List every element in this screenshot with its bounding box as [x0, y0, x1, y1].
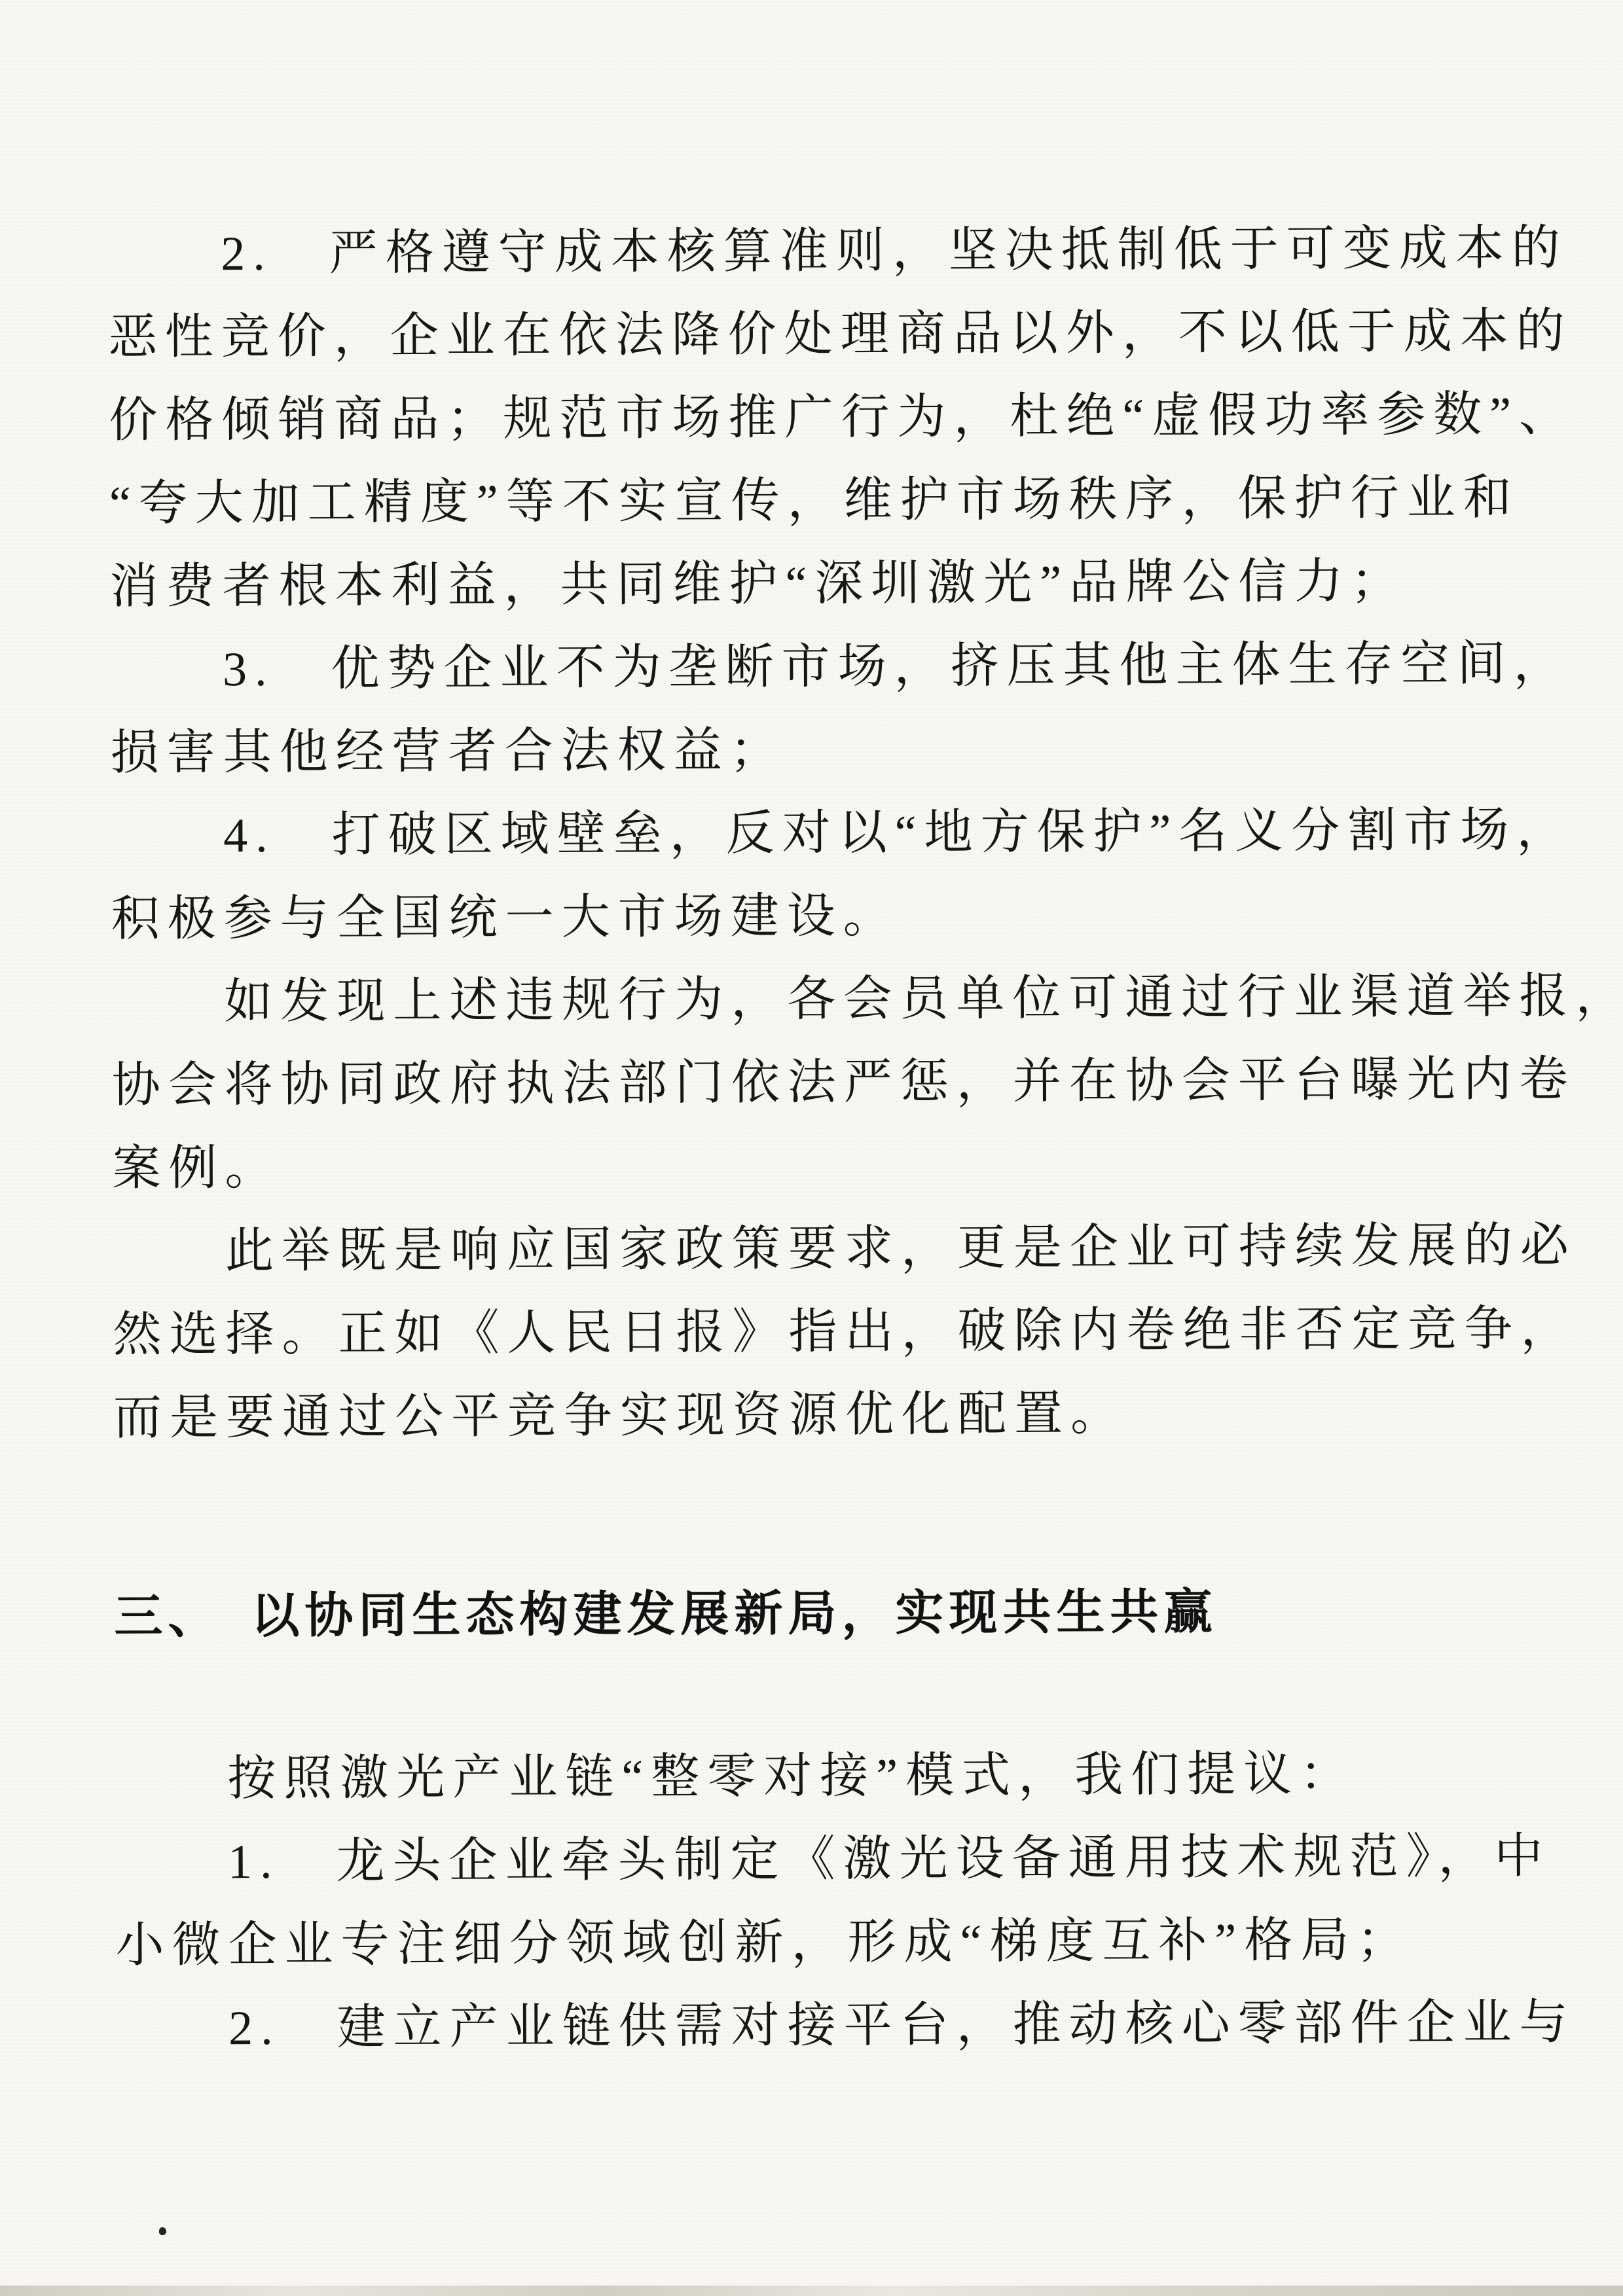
- text-line: 2. 建立产业链供需对接平台，推动核心零部件企业与: [116, 1981, 1544, 2071]
- text-line: 消费者根本利益，共同维护“深圳激光”品牌公信力；: [109, 539, 1537, 629]
- document-text-block: 2. 严格遵守成本核算准则，坚决抵制低于可变成本的恶性竞价，企业在依法降价处理商…: [108, 207, 1543, 2070]
- scan-ink-speck: [159, 2227, 166, 2235]
- text-line: 然选择。正如《人民日报》指出，破除内卷绝非否定竞争，: [113, 1287, 1541, 1377]
- text-line: “夸大加工精度”等不实宣传，维护市场秩序，保护行业和: [109, 456, 1537, 546]
- section-heading: 三、 以协同生态构建发展新局，实现共生共赢: [114, 1568, 1542, 1658]
- text-line: 此举既是响应国家政策要求，更是企业可持续发展的必: [113, 1204, 1541, 1294]
- text-line: 4. 打破区域壁垒，反对以“地方保护”名义分割市场，: [111, 789, 1539, 878]
- text-line: 3. 优势企业不为垄断市场，挤压其他主体生存空间，: [110, 622, 1538, 712]
- text-line: 按照激光产业链“整零对接”模式，我们提议：: [115, 1732, 1542, 1821]
- document-page: 2. 严格遵守成本核算准则，坚决抵制低于可变成本的恶性竞价，企业在依法降价处理商…: [0, 0, 1623, 2296]
- text-line: 案例。: [112, 1121, 1540, 1211]
- text-line: 小微企业专注细分领域创新，形成“梯度互补”格局；: [115, 1898, 1543, 1988]
- text-line: 1. 龙头企业牵头制定《激光设备通用技术规范》，中: [115, 1815, 1543, 1905]
- text-line: 损害其他经营者合法权益；: [110, 706, 1538, 795]
- scan-bottom-edge: [0, 2286, 1623, 2296]
- text-line: 恶性竞价，企业在依法降价处理商品以外，不以低于成本的: [109, 290, 1537, 380]
- text-line: 协会将协同政府执法部门依法严惩，并在协会平台曝光内卷: [112, 1038, 1540, 1128]
- text-line: 如发现上述违规行为，各会员单位可通过行业渠道举报，: [111, 955, 1539, 1045]
- text-line: 而是要通过公平竞争实现资源优化配置。: [113, 1371, 1541, 1460]
- text-line: 价格倾销商品；规范市场推广行为，杜绝“虚假功率参数”、: [109, 373, 1537, 463]
- text-line: 2. 严格遵守成本核算准则，坚决抵制低于可变成本的: [108, 207, 1536, 296]
- text-line: 积极参与全国统一大市场建设。: [111, 872, 1539, 961]
